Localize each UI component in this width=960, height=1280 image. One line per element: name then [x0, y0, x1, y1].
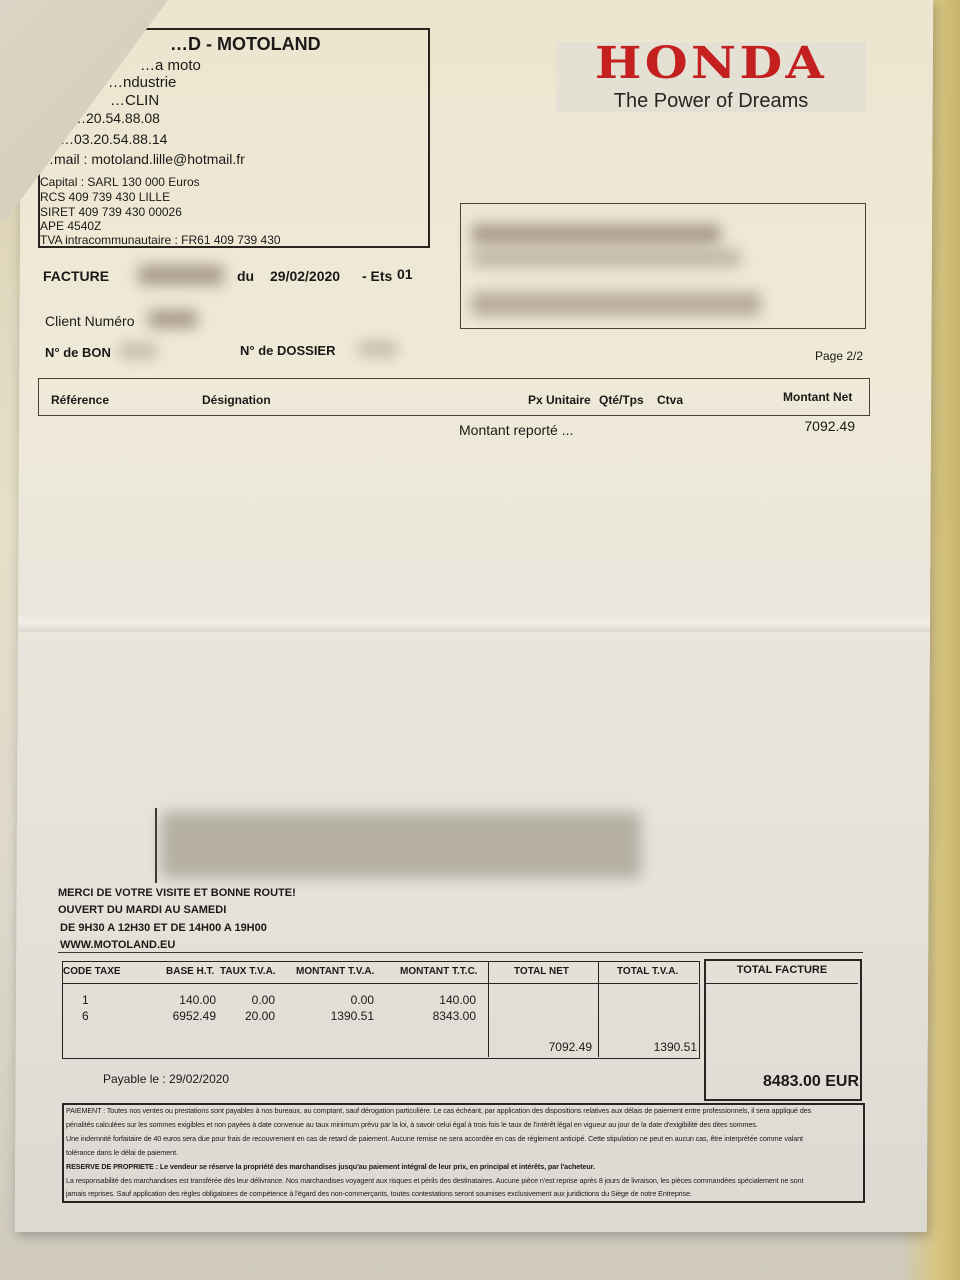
col-quantity: Qté/Tps [599, 393, 644, 407]
company-line: …CLIN [110, 92, 159, 109]
company-email: …mail : motoland.lille@hotmail.fr [40, 151, 245, 167]
col-total-tva: TOTAL T.V.A. [617, 966, 678, 977]
website-link[interactable]: WWW.MOTOLAND.EU [60, 939, 175, 951]
reported-amount-label: Montant reporté ... [459, 422, 573, 438]
redacted-text [471, 292, 761, 316]
invoice-title: FACTURE [43, 268, 109, 284]
total-invoice-label: TOTAL FACTURE [704, 964, 860, 976]
terms-line: tolérance dans le délai de paiement. [66, 1148, 178, 1157]
page-indicator: Page 2/2 [815, 349, 863, 363]
redacted-dossier [358, 341, 398, 357]
client-number-label: Client Numéro [45, 313, 134, 329]
terms-line: Une indemnité forfaitaire de 40 euros se… [66, 1134, 803, 1143]
terms-line: La responsabilité des marchandises est t… [66, 1176, 803, 1185]
legal-rcs: RCS 409 739 430 LILLE [40, 190, 170, 204]
col-tax-code: CODE TAXE [63, 966, 121, 977]
tva-amount-1: 0.00 [300, 993, 374, 1007]
company-phone: …20.54.88.08 [72, 110, 160, 126]
thanks-message: MERCI DE VOTRE VISITE ET BONNE ROUTE! [58, 887, 296, 899]
bon-label: N° de BON [45, 345, 111, 360]
terms-line: PAIEMENT : Toutes nos ventes ou prestati… [66, 1106, 811, 1115]
terms-line: jamais reprises. Sauf application des rè… [66, 1189, 692, 1198]
opening-days: OUVERT DU MARDI AU SAMEDI [58, 904, 226, 916]
opening-hours: DE 9H30 A 12H30 ET DE 14H00 A 19H00 [60, 922, 267, 934]
tax-code-1: 1 [82, 993, 92, 1007]
table-rule [598, 961, 599, 1057]
terms-box [62, 1103, 865, 1203]
col-ctva: Ctva [657, 393, 683, 407]
separator [58, 952, 863, 953]
col-designation: Désignation [202, 393, 271, 407]
terms-line: RESERVE DE PROPRIETE : Le vendeur se rés… [66, 1162, 595, 1171]
legal-siret: SIRET 409 739 430 00026 [40, 205, 182, 219]
company-line: …ndustrie [108, 74, 176, 91]
dossier-label: N° de DOSSIER [240, 343, 336, 358]
legal-tva: TVA intracommunautaire : FR61 409 739 43… [40, 233, 281, 247]
table-rule [704, 983, 858, 984]
col-unit-price: Px Unitaire [528, 393, 591, 407]
redacted-footer-box [155, 808, 647, 883]
reported-amount-value: 7092.49 [760, 418, 855, 434]
payment-terms-label: PAIEMENT [66, 1106, 101, 1115]
table-rule [62, 983, 698, 984]
redacted-client-number [148, 310, 198, 328]
invoice-date: 29/02/2020 [270, 268, 340, 284]
redacted-text [471, 249, 741, 267]
redacted-text [471, 224, 721, 244]
table-rule [488, 961, 489, 1057]
tva-rate-6: 20.00 [220, 1009, 275, 1023]
company-line: …a moto [140, 57, 201, 74]
company-name: …D - MOTOLAND [170, 34, 321, 55]
terms-line: pénalités calculées sur les sommes exigi… [66, 1120, 758, 1129]
legal-capital: Capital : SARL 130 000 Euros [40, 175, 200, 189]
ets-value: 01 [397, 266, 413, 282]
date-label: du [237, 268, 254, 284]
base-ht-1: 140.00 [140, 993, 216, 1007]
col-total-net: TOTAL NET [514, 966, 569, 977]
redacted-bon [118, 343, 158, 359]
tax-code-6: 6 [82, 1009, 92, 1023]
col-net-amount: Montant Net [783, 390, 852, 404]
tva-amount-6: 1390.51 [300, 1009, 374, 1023]
terms-text: : Toutes nos ventes ou prestations sont … [101, 1106, 811, 1115]
col-base-ht: BASE H.T. [166, 966, 214, 977]
base-ht-6: 6952.49 [140, 1009, 216, 1023]
brand-tagline: The Power of Dreams [556, 90, 866, 113]
company-fax: …03.20.54.88.14 [60, 131, 167, 147]
redacted-text [161, 812, 641, 878]
reserve-text: Le vendeur se réserve la propriété des m… [158, 1162, 595, 1171]
col-reference: Référence [51, 393, 109, 407]
col-tva-amount: MONTANT T.V.A. [296, 966, 374, 977]
total-tva-value: 1390.51 [605, 1040, 697, 1054]
total-net-value: 7092.49 [500, 1040, 592, 1054]
ttc-amount-6: 8343.00 [400, 1009, 476, 1023]
honda-logo: HONDA [537, 38, 884, 89]
col-ttc-amount: MONTANT T.T.C. [400, 966, 478, 977]
ttc-amount-1: 140.00 [400, 993, 476, 1007]
legal-ape: APE 4540Z [40, 219, 101, 233]
items-table-header [38, 378, 870, 416]
tva-rate-1: 0.00 [220, 993, 275, 1007]
redacted-invoice-number [138, 265, 224, 285]
ets-label: - Ets [362, 268, 392, 284]
total-invoice-value: 8483.00 EUR [704, 1073, 859, 1091]
col-tva-rate: TAUX T.V.A. [220, 966, 276, 977]
reserve-label: RESERVE DE PROPRIETE : [66, 1162, 158, 1171]
client-address-box [460, 203, 866, 329]
paper-fold [18, 612, 930, 632]
payable-date: Payable le : 29/02/2020 [103, 1072, 229, 1086]
